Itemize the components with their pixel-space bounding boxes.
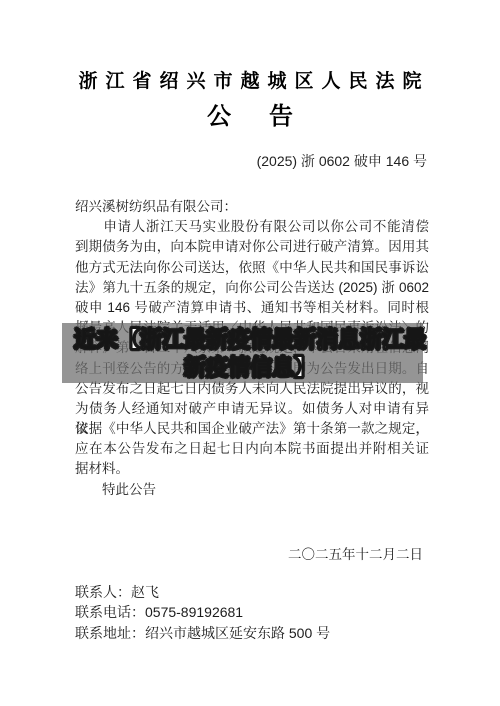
body-line-addressee: 绍兴溪树纺织品有限公司：: [75, 197, 429, 217]
contact-phone: 联系电话：0575-89192681: [75, 602, 330, 622]
body-line: 据材料。: [75, 459, 429, 479]
watermark-line-2: 新疫情信息】: [40, 354, 460, 382]
body-line: 申请人浙江天马实业股份有限公司以你公司不能清偿: [75, 217, 429, 237]
body-line: 依据《中华人民共和国企业破产法》第十条第一款之规定，: [75, 419, 429, 439]
watermark-overlay-text: 近来【浙江最新疫情最新消息浙江最 新疫情信息】: [40, 326, 460, 381]
contact-person: 联系人：赵飞: [75, 582, 330, 602]
body-line: 法》第九十五条的规定，向你公司公告送达 (2025) 浙 0602: [75, 278, 429, 298]
body-line-closing: 特此公告: [75, 480, 429, 500]
watermark-line-1: 近来【浙江最新疫情最新消息浙江最: [40, 326, 460, 354]
body-line: 到期债务为由，向本院申请对你公司进行破产清算。因用其: [75, 237, 429, 257]
body-line: 为债务人经通知对破产申请无异议。如债务人对申请有异议，: [75, 399, 429, 419]
body-line: 破申 146 号破产清算申请书、通知书等相关材料。同时根据: [75, 298, 429, 318]
announcement-date: 二〇二五年十二月二日: [288, 543, 423, 563]
announcement-title: 公告: [0, 96, 500, 131]
body-line: 应在本公告发布之日起七日内向本院书面提出并附相关证: [75, 439, 429, 459]
case-number: (2025) 浙 0602 破申 146 号: [257, 151, 427, 171]
court-name-title: 浙江省绍兴市越城区人民法院: [0, 66, 500, 93]
court-announcement-page: 浙江省绍兴市越城区人民法院 公告 (2025) 浙 0602 破申 146 号 …: [0, 0, 500, 706]
contact-address: 联系地址：绍兴市越城区延安东路 500 号: [75, 623, 330, 643]
body-line: 他方式无法向你公司送达，依照《中华人民共和国民事诉讼: [75, 258, 429, 278]
contact-info: 联系人：赵飞 联系电话：0575-89192681 联系地址：绍兴市越城区延安东…: [75, 582, 330, 643]
